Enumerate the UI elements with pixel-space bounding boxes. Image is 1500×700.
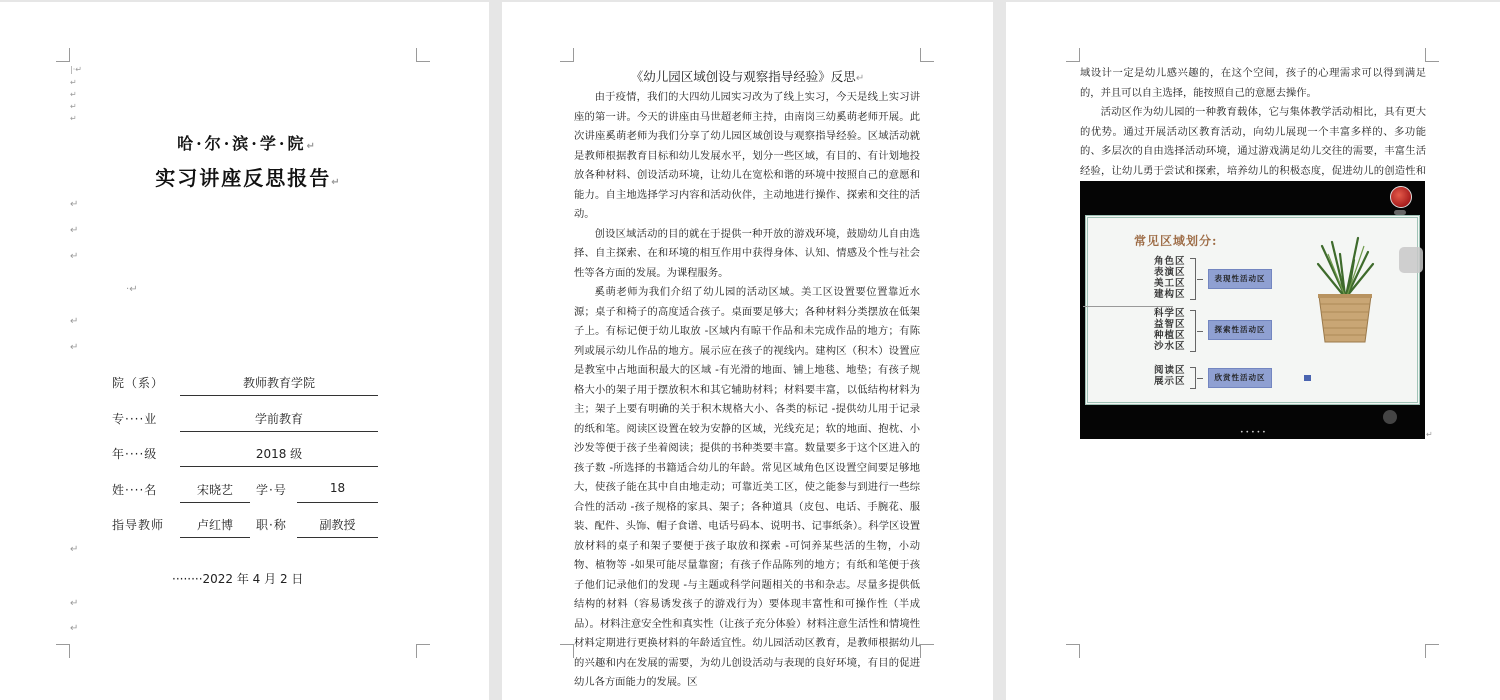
margin-corner-mark — [1066, 48, 1080, 62]
paragraph-mark: ↵ — [70, 317, 78, 327]
advisor-label: 指导教师 — [112, 516, 164, 533]
margin-corner-mark — [416, 48, 430, 62]
margin-corner-mark — [1425, 644, 1439, 658]
paragraph: 由于疫情，我们的大四幼儿园实习改为了线上实习，今天是线上实习讲座的第一讲。今天的… — [574, 88, 920, 225]
category-box: 表现性活动区 — [1208, 269, 1272, 289]
divider-line — [1083, 306, 1173, 307]
category-box: 欣赏性活动区 — [1208, 368, 1272, 388]
margin-corner-mark — [56, 644, 70, 658]
paragraph-mark: ↵ — [70, 226, 78, 236]
paragraph-mark: ↵ — [70, 103, 77, 111]
article-title: 《幼儿园区域创设与观察指导经验》反思↵ — [502, 67, 993, 85]
category-box: 探索性活动区 — [1208, 320, 1272, 340]
department-label: 院（系） — [112, 374, 164, 391]
form-row-department: 院（系） 教师教育学院 — [112, 368, 382, 398]
slide-marker — [1304, 375, 1311, 381]
report-title: 实习讲座反思报告↵ — [0, 162, 489, 191]
presenter-avatar — [1390, 186, 1412, 208]
page-indicator: ••••• — [1240, 429, 1268, 436]
document-page-continued[interactable]: 域设计一定是幼儿感兴趣的，在这个空间，孩子的心理需求可以得到满足的，并且可以自主… — [1006, 2, 1500, 700]
paragraph-mark: ↵ — [70, 252, 78, 262]
slide-content: 常见区域划分: 角色区 表演区 美工区 建构区 表现性活动区 科学区 益智区 种… — [1085, 215, 1420, 405]
paragraph: 域设计一定是幼儿感兴趣的，在这个空间，孩子的心理需求可以得到满足的，并且可以自主… — [1080, 64, 1426, 103]
underline — [180, 395, 378, 396]
plant-illustration — [1310, 234, 1380, 349]
margin-corner-mark — [1425, 48, 1439, 62]
grade-label: 年····级 — [112, 445, 157, 462]
margin-corner-mark — [416, 644, 430, 658]
title-label: 职·称 — [256, 516, 287, 533]
margin-corner-mark — [560, 48, 574, 62]
paragraph-mark: ↵ — [70, 79, 77, 87]
form-row-advisor: 指导教师 卢红博 职·称 副教授 — [112, 510, 382, 540]
major-value[interactable]: 学前教育 — [180, 410, 378, 427]
underline — [180, 502, 250, 503]
margin-corner-mark — [920, 48, 934, 62]
paragraph: 创设区域活动的目的就在于提供一种开放的游戏环境，鼓励幼儿自由选择、自主探索、在和… — [574, 225, 920, 284]
zone-list-appreciation: 阅读区 展示区 — [1154, 365, 1186, 387]
paragraph-mark: ↵ — [70, 115, 77, 123]
zone-list-expressive: 角色区 表演区 美工区 建构区 — [1154, 256, 1186, 300]
paragraph-mark: ↵ — [70, 624, 78, 634]
bracket — [1190, 310, 1196, 352]
paragraph-mark: ↵ — [70, 200, 78, 210]
underline — [180, 537, 250, 538]
margin-corner-mark — [56, 48, 70, 62]
zone-list-exploratory: 科学区 益智区 种植区 沙水区 — [1154, 308, 1186, 352]
bracket — [1190, 258, 1196, 300]
margin-corner-mark — [920, 644, 934, 658]
form-row-grade: 年····级 2018 级 — [112, 439, 382, 469]
paragraph-mark: ↵ — [70, 343, 78, 353]
major-label: 专····业 — [112, 410, 157, 427]
name-label: 姓····名 — [112, 481, 157, 498]
paragraph: 奚萌老师为我们介绍了幼儿园的活动区域。美工区设置要位置靠近水源；桌子和椅子的高度… — [574, 283, 920, 693]
form-row-name: 姓····名 宋晓艺 学·号 18 — [112, 475, 382, 505]
document-page-article[interactable]: 《幼儿园区域创设与观察指导经验》反思↵ 由于疫情，我们的大四幼儿园实习改为了线上… — [502, 2, 993, 700]
form-row-major: 专····业 学前教育 — [112, 404, 382, 434]
paragraph-mark: ↵ — [70, 545, 78, 555]
student-id-label: 学·号 — [256, 481, 287, 498]
microphone-icon[interactable] — [1383, 410, 1397, 424]
paragraph-mark: ↵ — [1426, 430, 1433, 439]
underline — [180, 466, 378, 467]
bracket-tick — [1197, 331, 1203, 332]
grade-value[interactable]: 2018 级 — [180, 445, 378, 462]
report-date: ········2022 年 4 月 2 日 — [172, 570, 303, 587]
text-cursor: |·↵ — [70, 66, 82, 74]
underline — [180, 431, 378, 432]
margin-corner-mark — [560, 644, 574, 658]
student-name-value[interactable]: 宋晓艺 — [180, 481, 250, 498]
article-body[interactable]: 由于疫情，我们的大四幼儿园实习改为了线上实习，今天是线上实习讲座的第一讲。今天的… — [574, 88, 920, 693]
margin-corner-mark — [1066, 644, 1080, 658]
document-page-cover[interactable]: |·↵ ↵ ↵ ↵ ↵ 哈·尔·滨·学·院↵ 实习讲座反思报告↵ ↵ ↵ ↵ ·… — [0, 2, 489, 700]
advisor-title-value[interactable]: 副教授 — [297, 516, 378, 533]
embedded-slide-image[interactable]: 常见区域划分: 角色区 表演区 美工区 建构区 表现性活动区 科学区 益智区 种… — [1080, 181, 1425, 439]
paragraph-mark: ↵ — [70, 599, 78, 609]
underline — [297, 502, 378, 503]
school-name: 哈·尔·滨·学·院↵ — [0, 131, 489, 154]
student-id-value[interactable]: 18 — [297, 481, 378, 495]
advisor-name-value[interactable]: 卢红博 — [180, 516, 250, 533]
slide-heading: 常见区域划分: — [1134, 232, 1217, 249]
bracket-tick — [1197, 378, 1203, 379]
department-value[interactable]: 教师教育学院 — [180, 374, 378, 391]
underline — [297, 537, 378, 538]
paragraph-mark: ↵ — [70, 91, 77, 99]
bracket-tick — [1197, 279, 1203, 280]
side-panel-handle[interactable] — [1399, 247, 1423, 273]
bracket — [1190, 367, 1196, 389]
paragraph-mark: ·↵ — [126, 285, 138, 295]
